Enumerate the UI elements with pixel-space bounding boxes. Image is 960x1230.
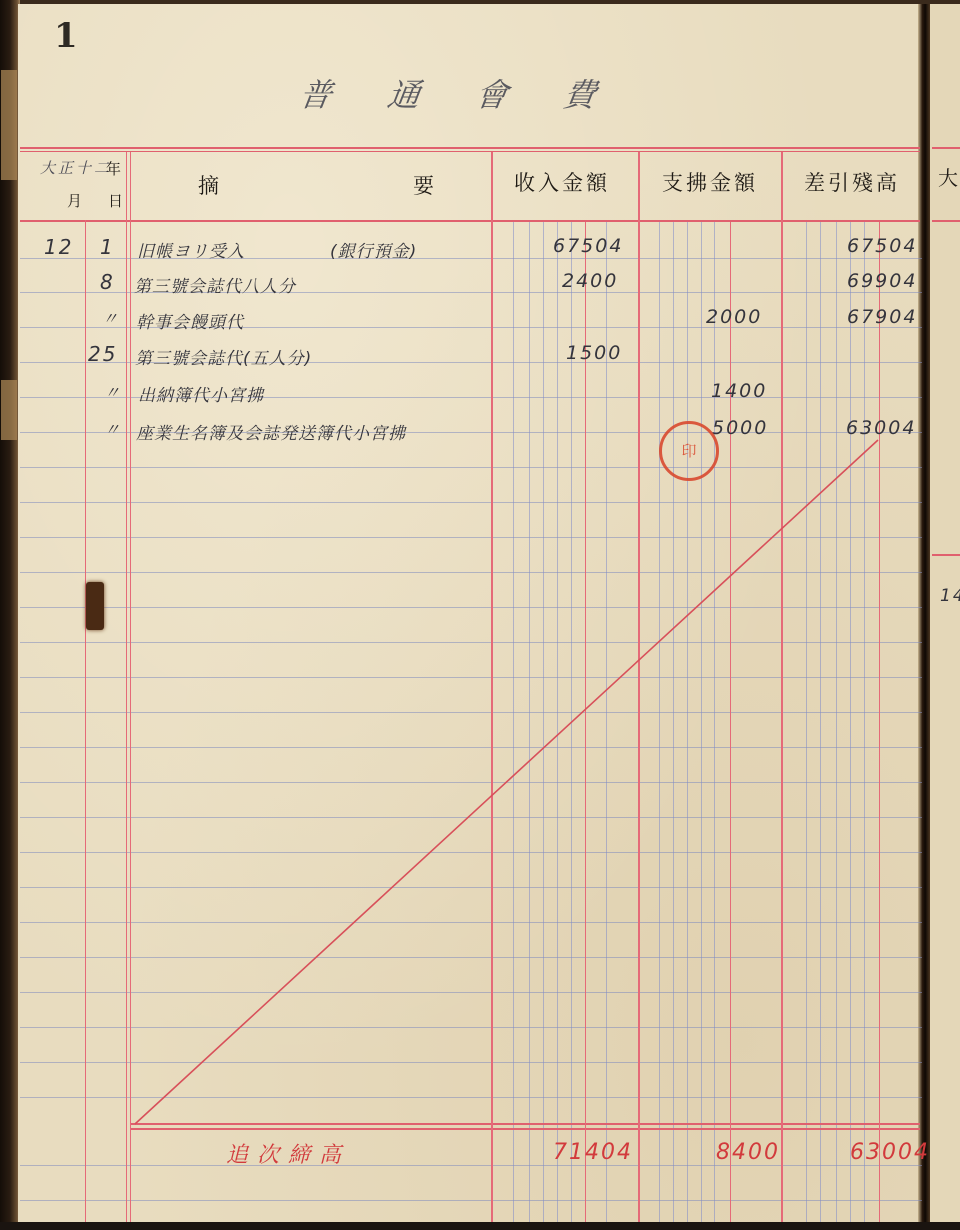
- entry-month: 12: [44, 235, 73, 259]
- title-char: 通: [385, 70, 427, 116]
- balance-sen-divider: [879, 222, 880, 1222]
- page-title: 普 通 會 費: [300, 70, 600, 116]
- income-header: 收入金額: [514, 167, 610, 197]
- header-top-rule: [20, 151, 920, 152]
- entry-day: 8: [100, 270, 115, 294]
- binding-tape: [1, 380, 17, 440]
- totals-label: 追次締高: [226, 1138, 350, 1169]
- expense-header: 支拂金額: [662, 167, 758, 197]
- entry-day: 1: [100, 235, 115, 259]
- entry-description: 幹事会饅頭代: [136, 308, 244, 333]
- entry-balance: 67504: [847, 235, 917, 257]
- entry-expense: 5000: [712, 417, 768, 439]
- entry-day: 〃: [104, 380, 122, 403]
- title-char: 會: [473, 70, 515, 116]
- date-column-rule: [126, 152, 127, 1222]
- entry-description: 第三號会誌代(五人分): [135, 344, 312, 369]
- month-day-divider: [85, 220, 86, 1222]
- page-gutter: [918, 4, 930, 1224]
- right-page-rule: [932, 220, 960, 222]
- entry-income: 1500: [566, 342, 622, 364]
- entry-income: 67504: [553, 235, 623, 257]
- balance-header: 差引殘高: [804, 167, 900, 197]
- title-char: 普: [297, 70, 339, 116]
- entry-balance: 67904: [847, 306, 917, 328]
- year-label: 年: [106, 158, 121, 179]
- bottom-edge: [0, 1222, 960, 1230]
- expense-column-rule: [638, 152, 640, 1222]
- entry-description: 旧帳ヨリ受入: [137, 237, 245, 262]
- expense-sen-divider: [730, 222, 731, 1222]
- month-label: 月: [67, 190, 82, 211]
- entry-balance: 63004: [846, 417, 916, 439]
- right-page-rule: [932, 554, 960, 556]
- ink-stain: [86, 582, 104, 630]
- ledger-scan: 1 普 通 會 費: [0, 0, 960, 1230]
- balance-column-rule: [781, 152, 783, 1222]
- seal-stamp: 印: [659, 421, 719, 481]
- totals-income: 71404: [553, 1140, 633, 1165]
- date-column-rule: [130, 152, 131, 1222]
- header-bottom-rule: [20, 220, 920, 222]
- right-page-entry-fragment: 14: [940, 586, 960, 606]
- ledger-page: [18, 4, 924, 1224]
- entry-income: 2400: [562, 270, 618, 292]
- description-header-right: 要: [413, 170, 437, 200]
- entry-day: 〃: [104, 417, 122, 440]
- entry-description: 出納簿代小宮拂: [138, 381, 264, 406]
- binding-tape: [1, 70, 17, 180]
- entry-expense: 1400: [711, 380, 767, 402]
- entry-expense: 2000: [706, 306, 762, 328]
- total-rule: [130, 1123, 920, 1125]
- description-header-left: 摘: [198, 170, 222, 200]
- day-label: 日: [108, 190, 123, 211]
- entry-description: 第三號会誌代八人分: [134, 272, 296, 297]
- right-page-header-fragment: 大: [938, 162, 960, 191]
- era-year: 大正十二: [40, 157, 112, 178]
- left-binding: [0, 0, 20, 1230]
- totals-expense: 8400: [716, 1140, 780, 1165]
- entry-balance: 69904: [847, 270, 917, 292]
- entry-day: 25: [88, 342, 117, 366]
- entry-note: (銀行預金): [330, 237, 417, 262]
- income-column-rule: [491, 152, 493, 1222]
- entry-day: 〃: [102, 306, 120, 329]
- total-rule: [130, 1128, 920, 1130]
- page-number: 1: [54, 16, 78, 56]
- totals-balance: 63004: [850, 1140, 930, 1165]
- seal-text: 印: [681, 444, 696, 459]
- right-page-rule: [932, 147, 960, 149]
- title-char: 費: [561, 70, 603, 116]
- entry-description: 座業生名簿及会誌発送簿代小宮拂: [136, 419, 406, 444]
- header-top-rule: [20, 147, 920, 149]
- income-sen-divider: [585, 222, 586, 1222]
